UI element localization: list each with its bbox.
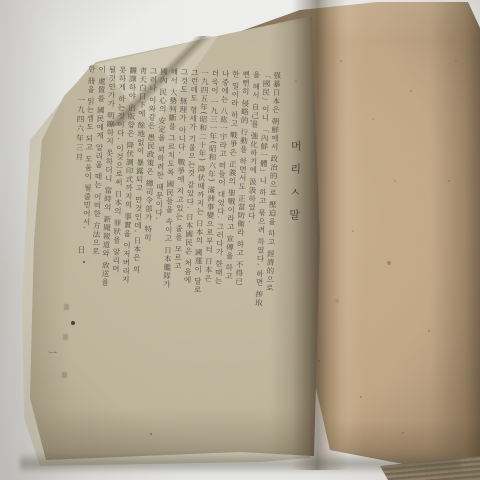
page-number: 一 — [48, 346, 58, 359]
preface-text-block: 强暴日本은 朝鮮에서 政治的으로 壓迫을 하고 經濟的으로「國民」이니 「內鮮一… — [72, 59, 290, 404]
preface-title: 머리ㅅ말 — [285, 140, 304, 250]
paper-specks — [0, 0, 2, 2]
text-columns: 强暴日本은 朝鮮에서 政治的으로 壓迫을 하고 經濟的으로「國民」이니 「內鮮一… — [73, 65, 282, 398]
day-label: 日 — [76, 246, 87, 254]
book-bottom-shadow — [20, 452, 460, 474]
